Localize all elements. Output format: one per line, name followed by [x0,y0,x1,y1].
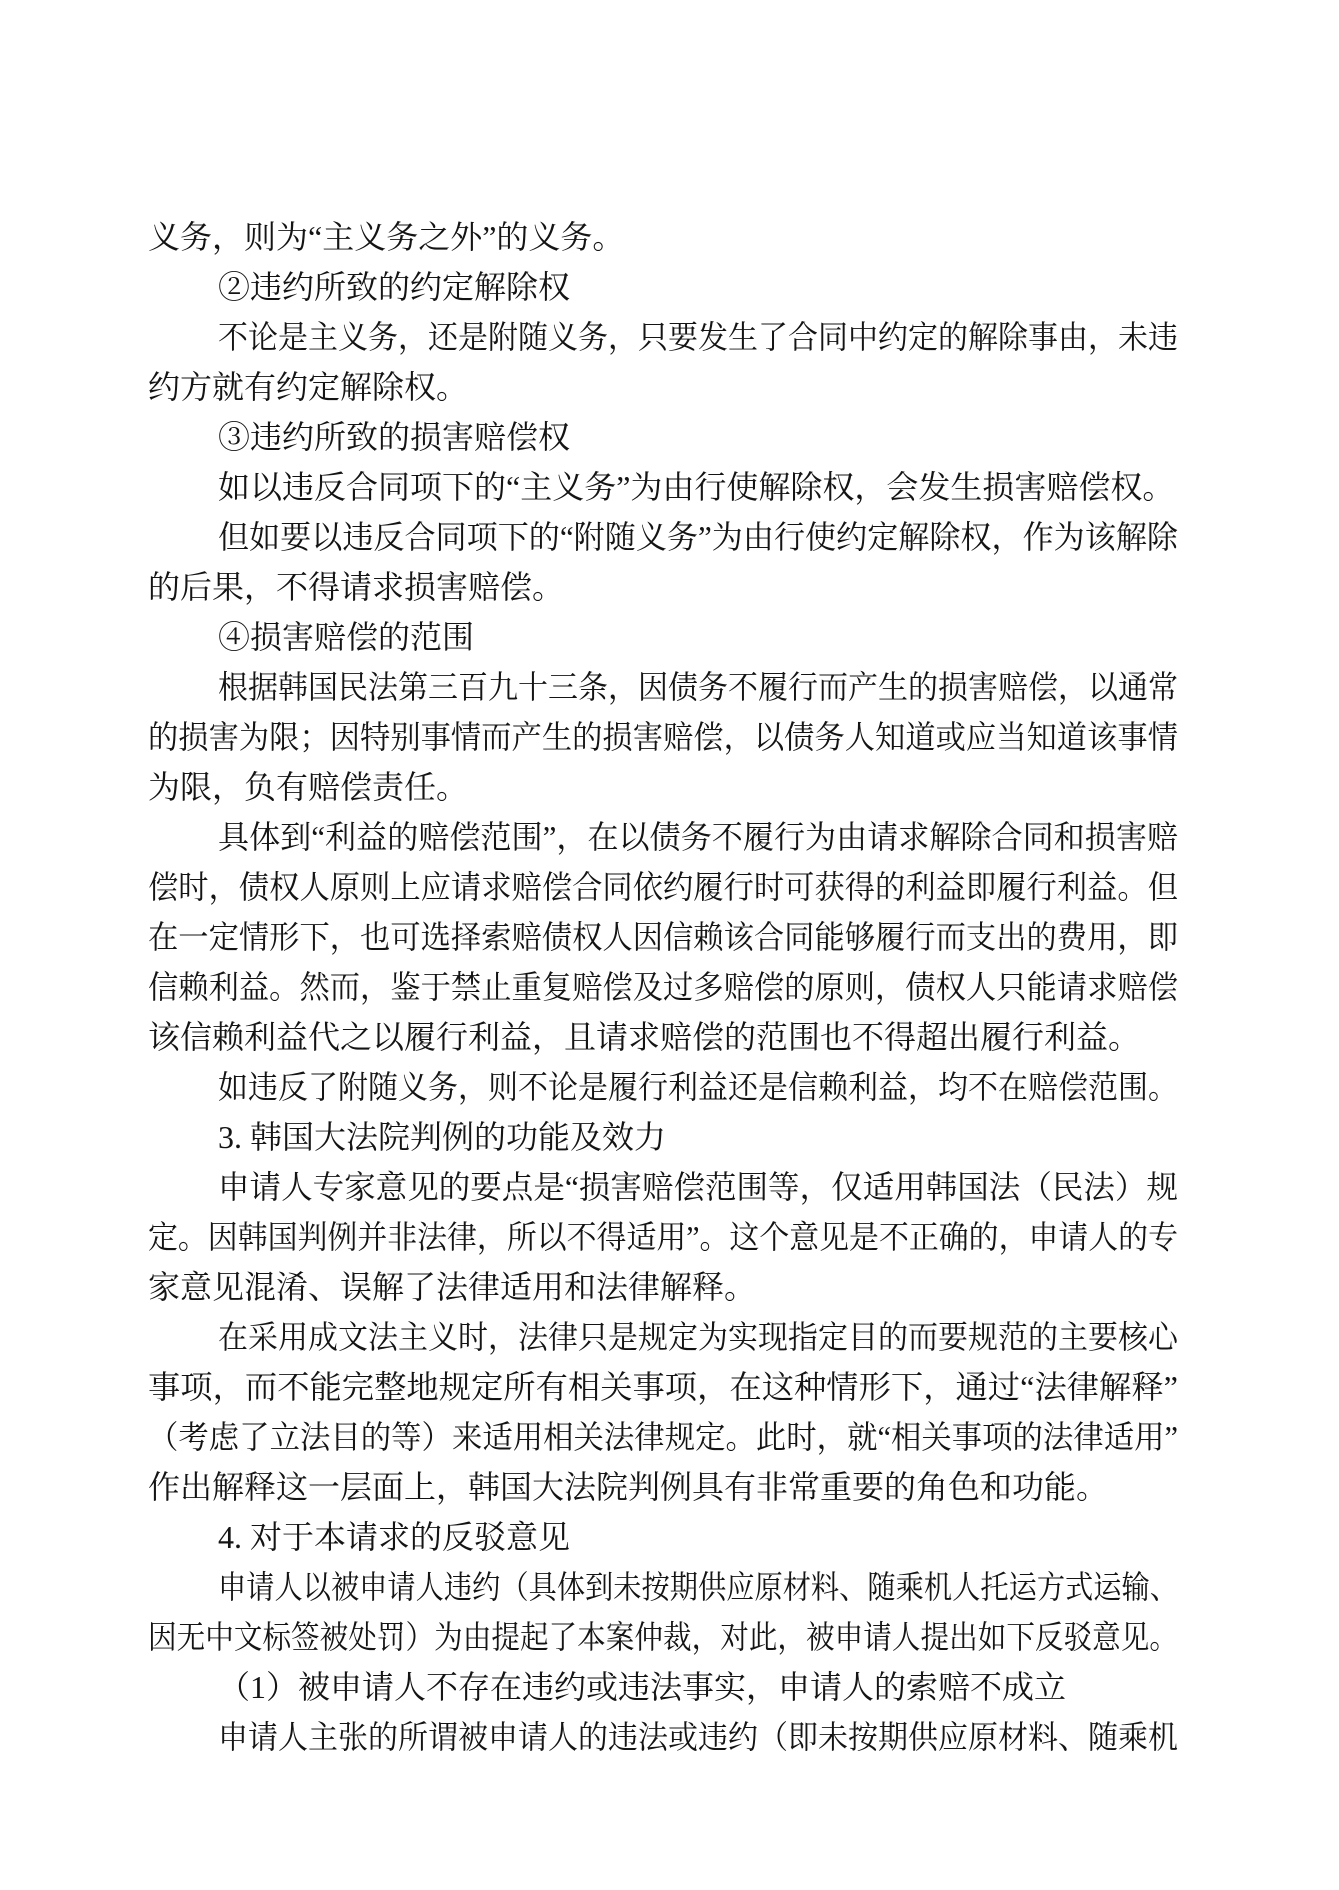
text-line: 事项，而不能完整地规定所有相关事项，在这种情形下，通过“法律解释” [148,1362,1178,1412]
text-line-content: 但如要以违反合同项下的“附随义务”为由行使约定解除权，作为该解除 [218,512,1178,562]
text-line: 在采用成文法主义时，法律只是规定为实现指定目的而要规范的主要核心 [148,1312,1178,1362]
text-line-content: 约方就有约定解除权。 [148,362,468,412]
text-line: ②违约所致的约定解除权 [148,262,1178,312]
text-line: ④损害赔偿的范围 [148,612,1178,662]
text-line: 4. 对于本请求的反驳意见 [148,1512,1178,1562]
text-line-content: 该信赖利益代之以履行利益，且请求赔偿的范围也不得超出履行利益。 [148,1012,1140,1062]
text-line-content: 4. 对于本请求的反驳意见 [218,1512,570,1562]
text-line-content: ②违约所致的约定解除权 [218,262,570,312]
text-line-content: 义务，则为“主义务之外”的义务。 [148,212,624,262]
text-line: 家意见混淆、误解了法律适用和法律解释。 [148,1262,1178,1312]
text-line-content: 因无中文标签被处罚）为由提起了本案仲裁，对此，被申请人提出如下反驳意见。 [148,1612,1178,1662]
text-line: 的损害为限；因特别事情而产生的损害赔偿，以债务人知道或应当知道该事情 [148,712,1178,762]
text-line-content: （考虑了立法目的等）来适用相关法律规定。此时，就“相关事项的法律适用” [148,1412,1178,1462]
text-line: 因无中文标签被处罚）为由提起了本案仲裁，对此，被申请人提出如下反驳意见。 [148,1612,1178,1662]
text-line: 具体到“利益的赔偿范围”，在以债务不履行为由请求解除合同和损害赔 [148,812,1178,862]
text-line-content: 如违反了附随义务，则不论是履行利益还是信赖利益，均不在赔偿范围。 [218,1062,1178,1112]
text-line-content: 为限，负有赔偿责任。 [148,762,468,812]
text-line: 不论是主义务，还是附随义务，只要发生了合同中约定的解除事由，未违 [148,312,1178,362]
text-line-content: ③违约所致的损害赔偿权 [218,412,570,462]
text-block: 义务，则为“主义务之外”的义务。②违约所致的约定解除权不论是主义务，还是附随义务… [148,212,1178,1762]
text-line: 申请人主张的所谓被申请人的违法或违约（即未按期供应原材料、随乘机 [148,1712,1178,1762]
text-line-content: 作出解释这一层面上，韩国大法院判例具有非常重要的角色和功能。 [148,1462,1108,1512]
text-line: 信赖利益。然而，鉴于禁止重复赔偿及过多赔偿的原则，债权人只能请求赔偿 [148,962,1178,1012]
text-line-content: 不论是主义务，还是附随义务，只要发生了合同中约定的解除事由，未违 [218,312,1178,362]
text-line: 偿时，债权人原则上应请求赔偿合同依约履行时可获得的利益即履行利益。但 [148,862,1178,912]
text-line-content: 在采用成文法主义时，法律只是规定为实现指定目的而要规范的主要核心 [218,1312,1178,1362]
text-line-content: 根据韩国民法第三百九十三条，因债务不履行而产生的损害赔偿，以通常 [218,662,1178,712]
text-line: 申请人以被申请人违约（具体到未按期供应原材料、随乘机人托运方式运输、 [148,1562,1178,1612]
text-line: 如违反了附随义务，则不论是履行利益还是信赖利益，均不在赔偿范围。 [148,1062,1178,1112]
text-line: 申请人专家意见的要点是“损害赔偿范围等，仅适用韩国法（民法）规 [148,1162,1178,1212]
text-line: ③违约所致的损害赔偿权 [148,412,1178,462]
text-line-content: 申请人主张的所谓被申请人的违法或违约（即未按期供应原材料、随乘机 [218,1712,1178,1762]
text-line: 如以违反合同项下的“主义务”为由行使解除权，会发生损害赔偿权。 [148,462,1178,512]
text-line-content: 的后果，不得请求损害赔偿。 [148,562,564,612]
text-line: 定。因韩国判例并非法律，所以不得适用”。这个意见是不正确的，申请人的专 [148,1212,1178,1262]
text-line-content: 信赖利益。然而，鉴于禁止重复赔偿及过多赔偿的原则，债权人只能请求赔偿 [148,962,1178,1012]
text-line: 3. 韩国大法院判例的功能及效力 [148,1112,1178,1162]
text-line: 根据韩国民法第三百九十三条，因债务不履行而产生的损害赔偿，以通常 [148,662,1178,712]
text-line: （考虑了立法目的等）来适用相关法律规定。此时，就“相关事项的法律适用” [148,1412,1178,1462]
text-line: 约方就有约定解除权。 [148,362,1178,412]
text-line-content: 如以违反合同项下的“主义务”为由行使解除权，会发生损害赔偿权。 [218,462,1174,512]
text-line-content: 的损害为限；因特别事情而产生的损害赔偿，以债务人知道或应当知道该事情 [148,712,1178,762]
text-line-content: 在一定情形下，也可选择索赔债权人因信赖该合同能够履行而支出的费用，即 [148,912,1178,962]
document-page: 义务，则为“主义务之外”的义务。②违约所致的约定解除权不论是主义务，还是附随义务… [0,0,1339,1890]
text-line-content: 3. 韩国大法院判例的功能及效力 [218,1112,666,1162]
text-line: 该信赖利益代之以履行利益，且请求赔偿的范围也不得超出履行利益。 [148,1012,1178,1062]
text-line-content: 事项，而不能完整地规定所有相关事项，在这种情形下，通过“法律解释” [148,1362,1178,1412]
text-line-content: 申请人以被申请人违约（具体到未按期供应原材料、随乘机人托运方式运输、 [218,1562,1178,1612]
text-line-content: 定。因韩国判例并非法律，所以不得适用”。这个意见是不正确的，申请人的专 [148,1212,1178,1262]
text-line: （1）被申请人不存在违约或违法事实，申请人的索赔不成立 [148,1662,1178,1712]
text-line-content: ④损害赔偿的范围 [218,612,474,662]
text-line: 义务，则为“主义务之外”的义务。 [148,212,1178,262]
text-line: 在一定情形下，也可选择索赔债权人因信赖该合同能够履行而支出的费用，即 [148,912,1178,962]
text-line: 作出解释这一层面上，韩国大法院判例具有非常重要的角色和功能。 [148,1462,1178,1512]
text-line-content: 申请人专家意见的要点是“损害赔偿范围等，仅适用韩国法（民法）规 [218,1162,1178,1212]
text-line-content: （1）被申请人不存在违约或违法事实，申请人的索赔不成立 [218,1662,1066,1712]
text-line-content: 具体到“利益的赔偿范围”，在以债务不履行为由请求解除合同和损害赔 [218,812,1178,862]
text-line-content: 家意见混淆、误解了法律适用和法律解释。 [148,1262,756,1312]
text-line: 为限，负有赔偿责任。 [148,762,1178,812]
text-line: 的后果，不得请求损害赔偿。 [148,562,1178,612]
text-line-content: 偿时，债权人原则上应请求赔偿合同依约履行时可获得的利益即履行利益。但 [148,862,1178,912]
text-line: 但如要以违反合同项下的“附随义务”为由行使约定解除权，作为该解除 [148,512,1178,562]
